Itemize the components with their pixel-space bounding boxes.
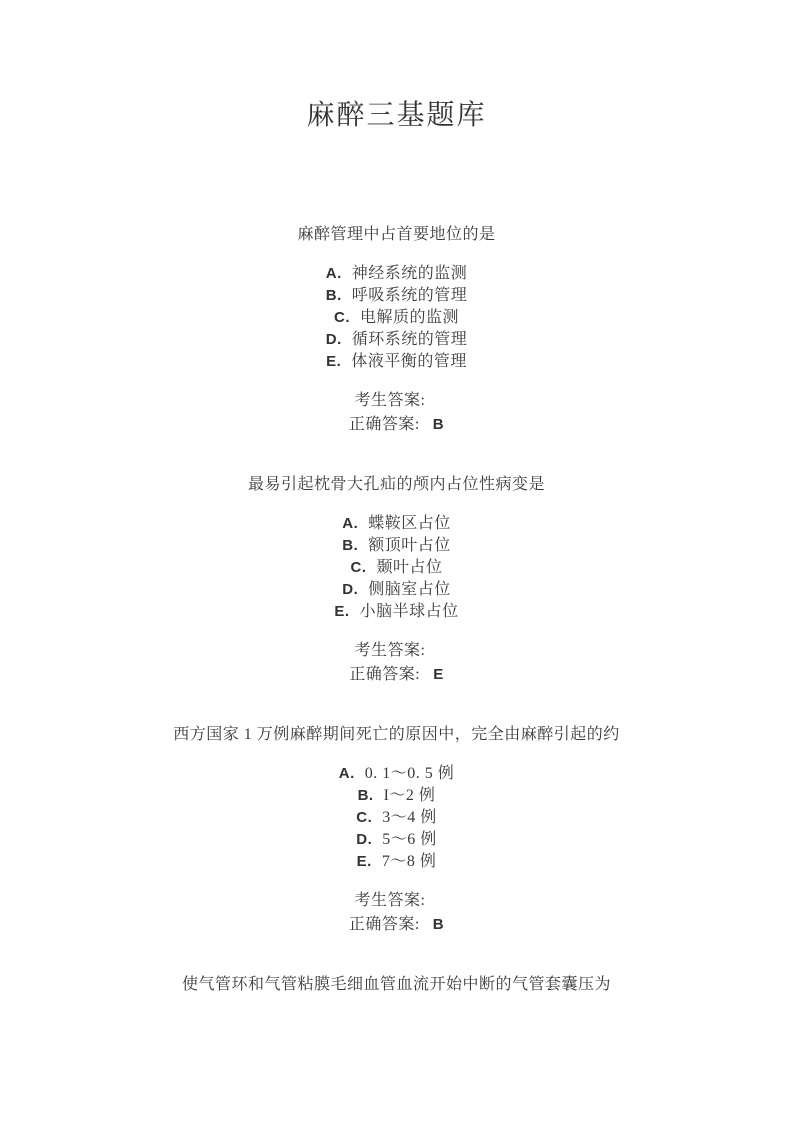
answers-block: 考生答案: 正确答案:B xyxy=(0,389,793,437)
candidate-answer-line: 考生答案: xyxy=(0,639,793,663)
option-text: 0. 1～0. 5 例 xyxy=(365,765,455,782)
option-text: 颞叶占位 xyxy=(376,559,442,576)
option-letter: A. xyxy=(342,515,358,532)
option-line: B.额顶叶占位 xyxy=(0,535,793,557)
option-letter: E. xyxy=(357,853,372,870)
question-stem: 麻醉管理中占首要地位的是 xyxy=(0,224,793,246)
correct-answer-value: E xyxy=(433,666,444,683)
option-line: A.蝶鞍区占位 xyxy=(0,513,793,535)
option-letter: A. xyxy=(339,765,355,782)
option-line: D.5～6 例 xyxy=(0,829,793,851)
option-text: 侧脑室占位 xyxy=(368,581,451,598)
option-line: C.颞叶占位 xyxy=(0,557,793,579)
option-line: A.神经系统的监测 xyxy=(0,263,793,285)
options-list: A.0. 1～0. 5 例B.I～2 例C.3～4 例D.5～6 例E.7～8 … xyxy=(0,763,793,873)
correct-answer-label: 正确答案: xyxy=(349,666,420,683)
candidate-answer-label: 考生答案: xyxy=(355,392,426,409)
question-stem: 西方国家 1 万例麻醉期间死亡的原因中，完全由麻醉引起的约 xyxy=(0,724,793,746)
option-line: C.电解质的监测 xyxy=(0,307,793,329)
document-page: 麻醉三基题库 麻醉管理中占首要地位的是 A.神经系统的监测B.呼吸系统的管理C.… xyxy=(0,0,793,1122)
option-text: 5～6 例 xyxy=(382,831,437,848)
correct-answer-line: 正确答案:B xyxy=(0,413,793,437)
option-letter: B. xyxy=(326,287,342,304)
correct-answer-line: 正确答案:B xyxy=(0,913,793,937)
option-letter: B. xyxy=(358,787,374,804)
correct-answer-value: B xyxy=(433,416,444,433)
correct-answer-label: 正确答案: xyxy=(349,416,420,433)
answers-block: 考生答案: 正确答案:E xyxy=(0,639,793,687)
option-line: E.7～8 例 xyxy=(0,851,793,873)
candidate-answer-line: 考生答案: xyxy=(0,889,793,913)
question-block: 最易引起枕骨大孔疝的颅内占位性病变是 A.蝶鞍区占位B.额顶叶占位C.颞叶占位D… xyxy=(0,474,793,687)
option-letter: D. xyxy=(342,581,358,598)
correct-answer-line: 正确答案:E xyxy=(0,663,793,687)
question-block: 西方国家 1 万例麻醉期间死亡的原因中，完全由麻醉引起的约 A.0. 1～0. … xyxy=(0,724,793,937)
next-question-stem: 使气管环和气管粘膜毛细血管血流开始中断的气管套囊压为 xyxy=(0,974,793,996)
option-letter: C. xyxy=(356,809,372,826)
question-stem: 最易引起枕骨大孔疝的颅内占位性病变是 xyxy=(0,474,793,496)
option-text: 循环系统的管理 xyxy=(352,331,468,348)
option-letter: D. xyxy=(356,831,372,848)
options-list: A.神经系统的监测B.呼吸系统的管理C.电解质的监测D.循环系统的管理E.体液平… xyxy=(0,263,793,373)
option-line: C.3～4 例 xyxy=(0,807,793,829)
correct-answer-value: B xyxy=(433,916,444,933)
option-line: B.I～2 例 xyxy=(0,785,793,807)
option-text: 呼吸系统的管理 xyxy=(352,287,468,304)
answers-block: 考生答案: 正确答案:B xyxy=(0,889,793,937)
option-text: 小脑半球占位 xyxy=(360,603,459,620)
option-text: 7～8 例 xyxy=(382,853,437,870)
option-line: D.侧脑室占位 xyxy=(0,579,793,601)
option-line: A.0. 1～0. 5 例 xyxy=(0,763,793,785)
option-letter: D. xyxy=(326,331,342,348)
options-list: A.蝶鞍区占位B.额顶叶占位C.颞叶占位D.侧脑室占位E.小脑半球占位 xyxy=(0,513,793,623)
option-line: E.小脑半球占位 xyxy=(0,601,793,623)
candidate-answer-label: 考生答案: xyxy=(355,642,426,659)
option-text: 额顶叶占位 xyxy=(368,537,451,554)
option-line: E.体液平衡的管理 xyxy=(0,351,793,373)
option-letter: C. xyxy=(350,559,366,576)
candidate-answer-label: 考生答案: xyxy=(355,892,426,909)
option-text: 蝶鞍区占位 xyxy=(368,515,451,532)
option-line: B.呼吸系统的管理 xyxy=(0,285,793,307)
option-letter: B. xyxy=(342,537,358,554)
option-text: I～2 例 xyxy=(384,787,436,804)
questions-container: 麻醉管理中占首要地位的是 A.神经系统的监测B.呼吸系统的管理C.电解质的监测D… xyxy=(0,224,793,937)
candidate-answer-line: 考生答案: xyxy=(0,389,793,413)
question-block: 麻醉管理中占首要地位的是 A.神经系统的监测B.呼吸系统的管理C.电解质的监测D… xyxy=(0,224,793,437)
option-text: 电解质的监测 xyxy=(360,309,459,326)
option-letter: A. xyxy=(326,265,342,282)
option-letter: E. xyxy=(334,603,349,620)
option-line: D.循环系统的管理 xyxy=(0,329,793,351)
correct-answer-label: 正确答案: xyxy=(349,916,420,933)
option-letter: C. xyxy=(334,309,350,326)
page-title: 麻醉三基题库 xyxy=(0,99,793,133)
option-text: 神经系统的监测 xyxy=(352,265,468,282)
option-text: 体液平衡的管理 xyxy=(351,353,467,370)
option-letter: E. xyxy=(326,353,341,370)
option-text: 3～4 例 xyxy=(382,809,437,826)
